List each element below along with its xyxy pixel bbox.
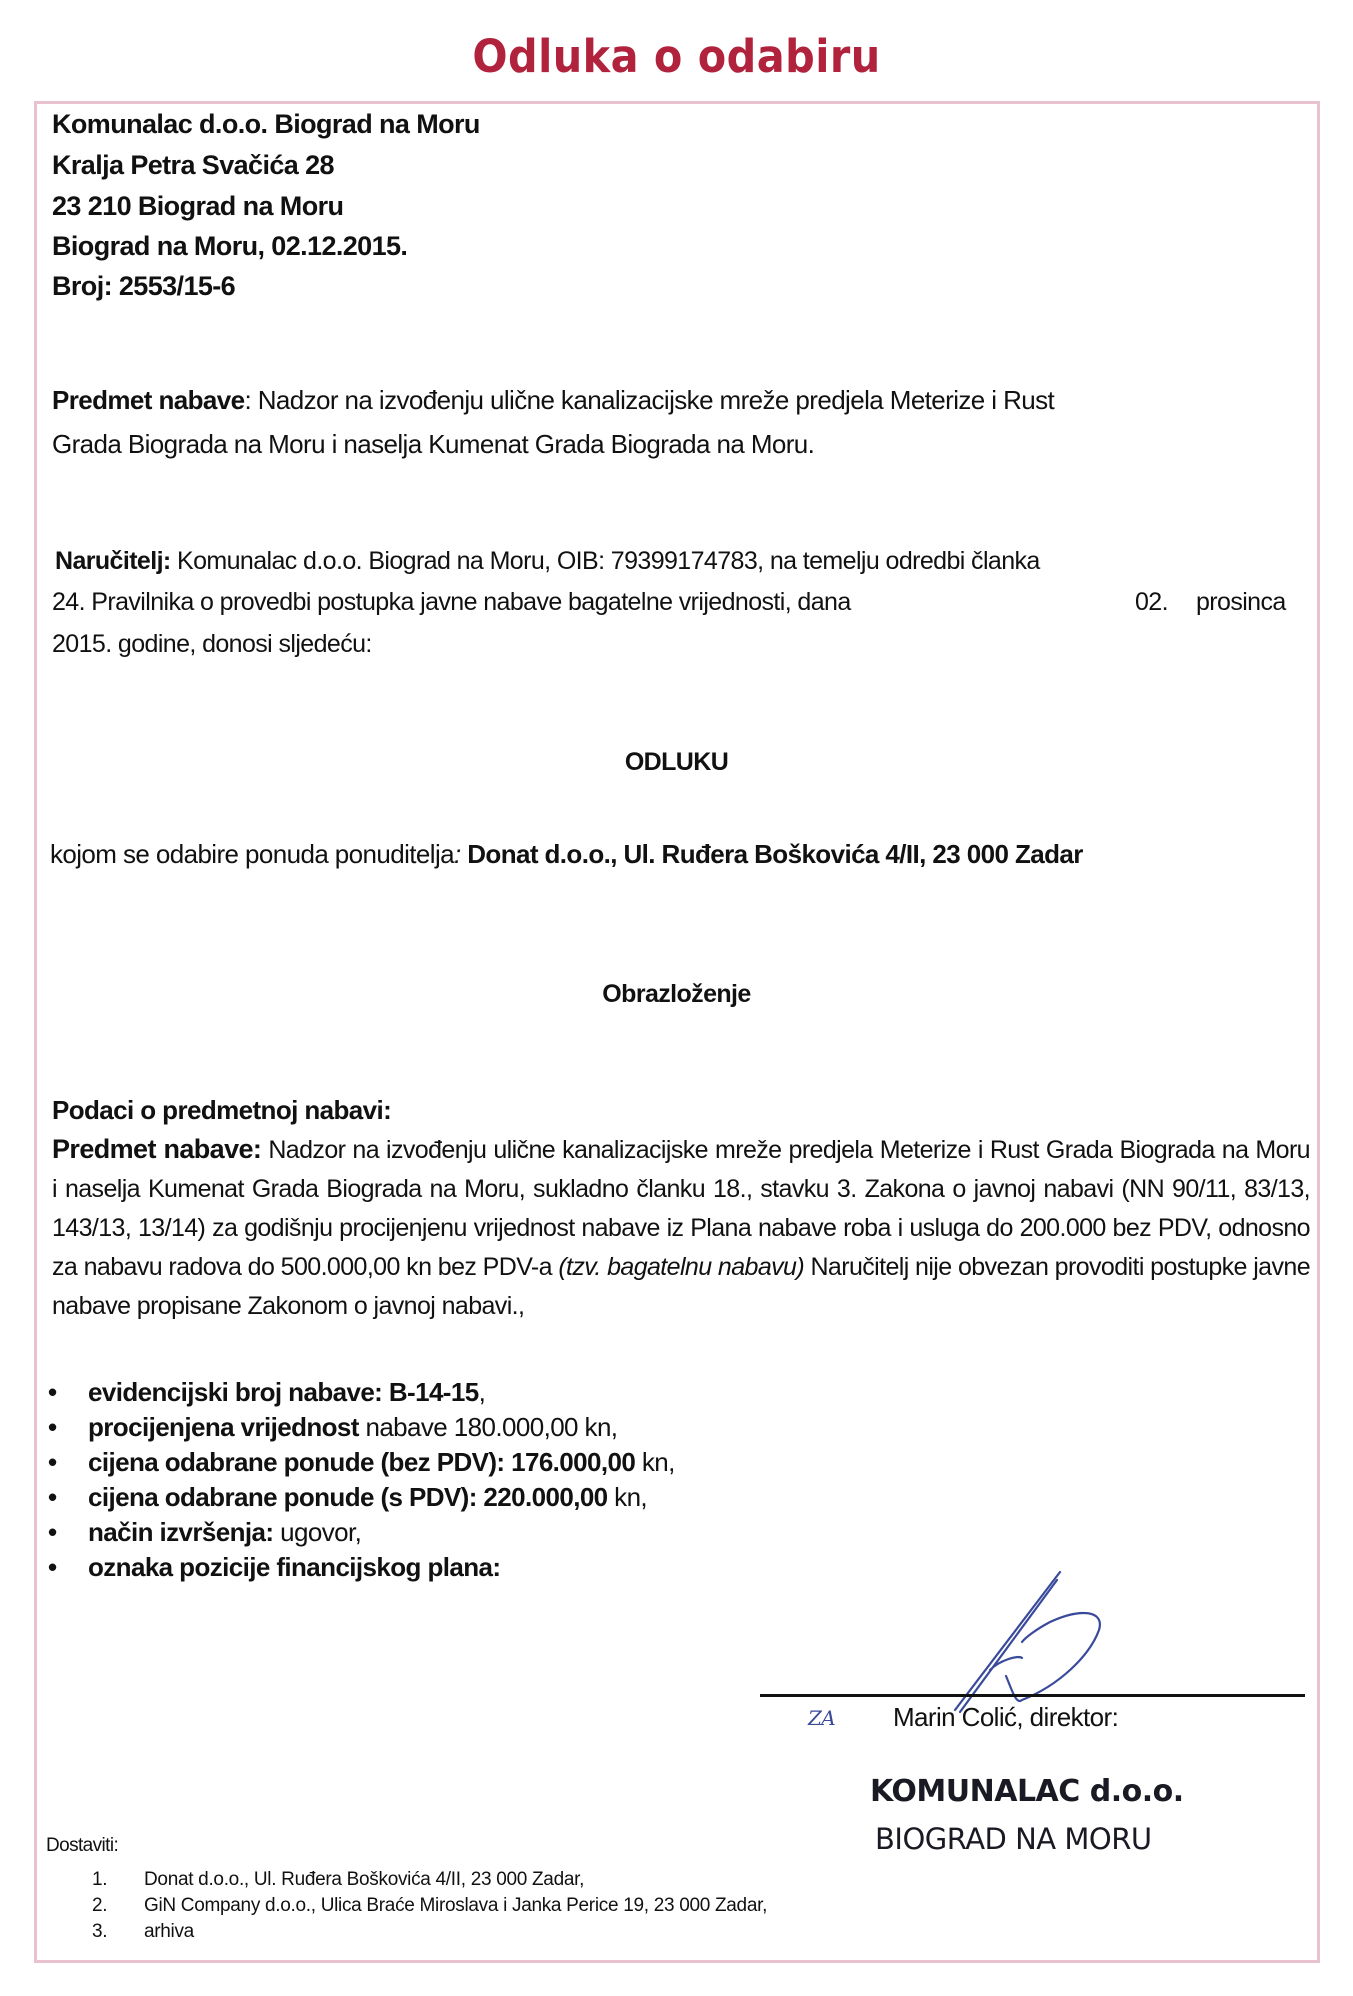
- list-item: •procijenjena vrijednost nabave 180.000,…: [48, 1410, 675, 1445]
- company-stamp-line-2: BIOGRAD NA MORU: [875, 1822, 1152, 1856]
- document-title: Odluka o odabiru: [54, 30, 1299, 83]
- client-line-2: 24. Pravilnika o provedbi postupka javne…: [52, 582, 851, 622]
- procurement-facts-list: •evidencijski broj nabave: B-14-15, •pro…: [48, 1375, 675, 1585]
- company-name: Komunalac d.o.o. Biograd na Moru: [52, 104, 480, 144]
- document-date: Biograd na Moru, 02.12.2015.: [52, 226, 407, 266]
- details-heading: Podaci o predmetnoj nabavi:: [52, 1090, 391, 1130]
- client-month: prosinca: [1196, 582, 1286, 622]
- distribution-label: Dostaviti:: [46, 1833, 118, 1859]
- selected-bidder: Donat d.o.o., Ul. Ruđera Boškovića 4/II,…: [461, 839, 1083, 869]
- signatory-name: Marin Colić, direktor:: [893, 1697, 1118, 1737]
- decision-heading: ODLUKU: [0, 742, 1353, 782]
- subject-line-1: Predmet nabave: Nadzor na izvođenju ulič…: [52, 380, 1054, 420]
- client-label: Naručitelj:: [55, 547, 171, 575]
- client-line-3: 2015. godine, donosi sljedeću:: [52, 624, 372, 664]
- client-day: 02.: [1135, 582, 1168, 622]
- document-number: Broj: 2553/15-6: [52, 266, 235, 306]
- subject-text: Nadzor na izvođenju ulične kanalizacijsk…: [251, 385, 1054, 415]
- details-paragraph: Predmet nabave: Nadzor na izvođenju ulič…: [52, 1130, 1310, 1326]
- subject-label: Predmet nabave: [52, 385, 244, 415]
- list-item: •oznaka pozicije financijskog plana:: [48, 1550, 675, 1585]
- distribution-list: 1.Donat d.o.o., Ul. Ruđera Boškovića 4/I…: [92, 1867, 767, 1945]
- company-stamp-line-1: KOMUNALAC d.o.o.: [870, 1774, 1184, 1809]
- list-item: •cijena odabrane ponude (bez PDV): 176.0…: [48, 1445, 675, 1480]
- details-label: Predmet nabave:: [52, 1134, 261, 1164]
- list-item: •cijena odabrane ponude (s PDV): 220.000…: [48, 1480, 675, 1515]
- company-street: Kralja Petra Svačića 28: [52, 145, 334, 185]
- reasoning-heading: Obrazloženje: [0, 974, 1353, 1014]
- list-item: 2.GiN Company d.o.o., Ulica Braće Mirosl…: [92, 1893, 767, 1919]
- client-line-1: Naručitelj: Komunalac d.o.o. Biograd na …: [55, 541, 1040, 581]
- subject-line-2: Grada Biograda na Moru i naselja Kumenat…: [52, 424, 814, 464]
- list-item: •evidencijski broj nabave: B-14-15,: [48, 1375, 675, 1410]
- signature-initials: ZA: [808, 1698, 835, 1738]
- company-city: 23 210 Biograd na Moru: [52, 186, 343, 226]
- list-item: 1.Donat d.o.o., Ul. Ruđera Boškovića 4/I…: [92, 1867, 767, 1893]
- list-item: •način izvršenja: ugovor,: [48, 1515, 675, 1550]
- selected-bidder-line: kojom se odabire ponuda ponuditelja: Don…: [50, 834, 1083, 874]
- list-item: 3.arhiva: [92, 1919, 767, 1945]
